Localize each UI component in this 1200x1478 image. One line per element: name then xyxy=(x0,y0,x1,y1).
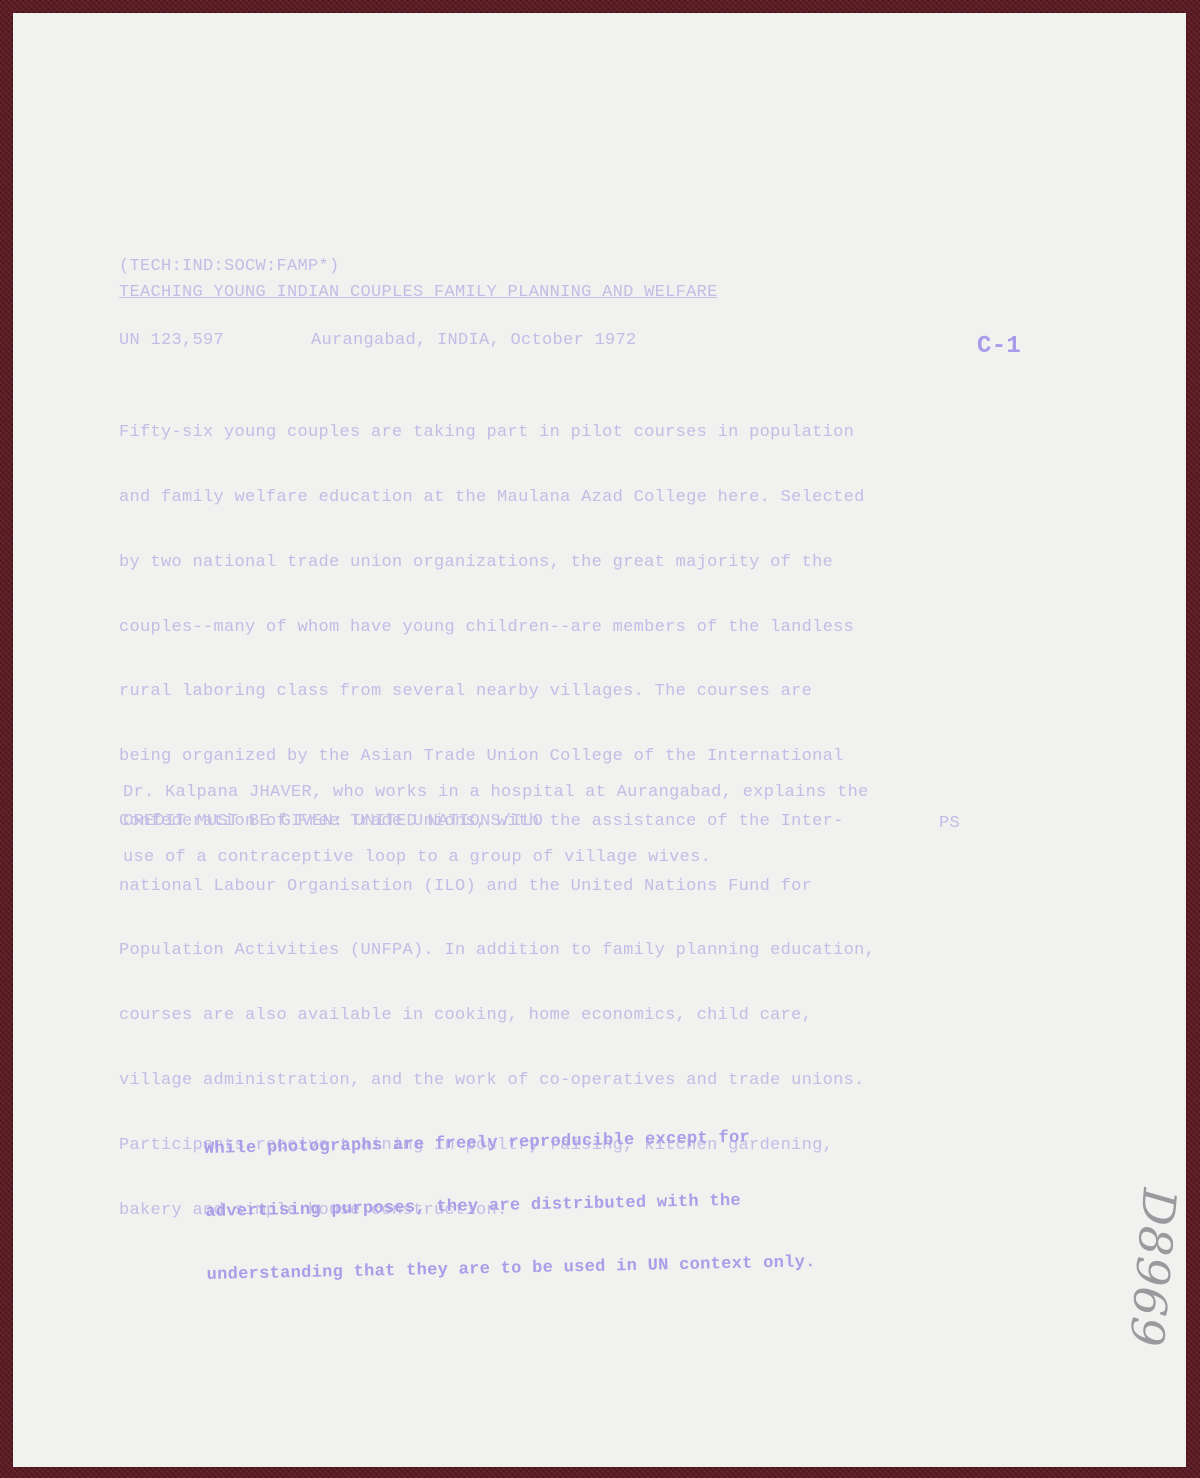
reference-number: UN 123,597 xyxy=(119,331,224,350)
photo-back-paper: (TECH:IND:SOCW:FAMP*) TEACHING YOUNG IND… xyxy=(13,13,1186,1467)
body-line: couples--many of whom have young childre… xyxy=(119,617,875,639)
body-line: Fifty-six young couples are taking part … xyxy=(119,422,875,444)
typist-initials: PS xyxy=(939,814,960,833)
body-line: and family welfare education at the Maul… xyxy=(119,487,875,509)
caption-line: use of a contraceptive loop to a group o… xyxy=(123,847,869,869)
dateline: Aurangabad, INDIA, October 1972 xyxy=(311,331,637,350)
disclaimer-line: While photographs are freely reproducibl… xyxy=(204,1126,813,1160)
handwritten-number-text: D8969 xyxy=(1119,1186,1187,1349)
credit-line: CREDIT MUST BE GIVEN: UNITED NATIONS/ILO xyxy=(123,812,543,831)
usage-disclaimer-stamp: While photographs are freely reproducibl… xyxy=(203,1084,817,1328)
disclaimer-line: understanding that they are to be used i… xyxy=(207,1252,816,1286)
body-line: Population Activities (UNFPA). In additi… xyxy=(119,940,875,962)
page-code: C-1 xyxy=(977,333,1021,360)
handwritten-archive-number: D8969 xyxy=(1123,1193,1183,1343)
document-title: TEACHING YOUNG INDIAN COUPLES FAMILY PLA… xyxy=(119,283,718,302)
subject-code: (TECH:IND:SOCW:FAMP*) xyxy=(119,257,340,276)
body-line: by two national trade union organization… xyxy=(119,552,875,574)
body-line: rural laboring class from several nearby… xyxy=(119,681,875,703)
disclaimer-line: advertising purposes, they are distribut… xyxy=(205,1189,814,1223)
body-line: courses are also available in cooking, h… xyxy=(119,1005,875,1027)
caption-line: Dr. Kalpana JHAVER, who works in a hospi… xyxy=(123,782,869,804)
